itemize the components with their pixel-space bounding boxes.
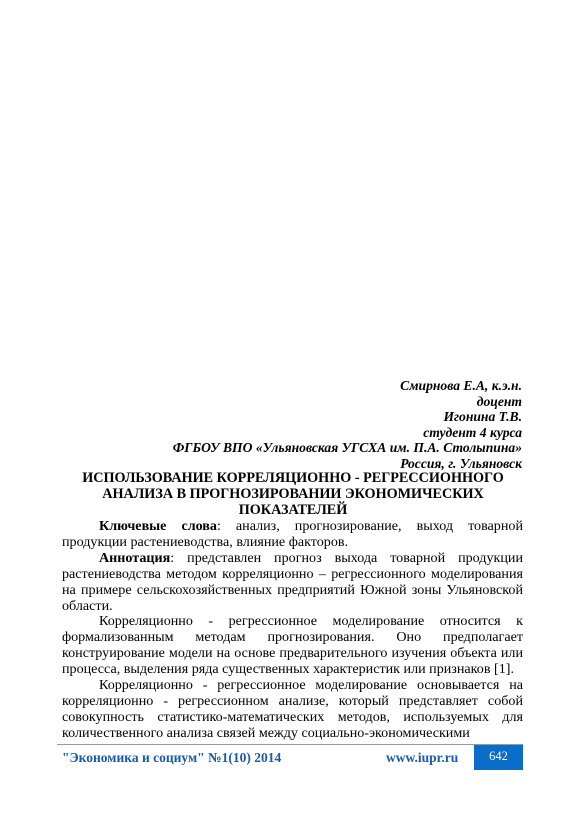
keywords-paragraph: Ключевые слова: анализ, прогнозирование,…	[62, 519, 523, 551]
article-body: Ключевые слова: анализ, прогнозирование,…	[62, 519, 523, 742]
footer-website-link[interactable]: www.iupr.ru	[386, 750, 458, 766]
author-position-1: доцент	[173, 394, 522, 410]
abstract-paragraph: Аннотация: представлен прогноз выхода то…	[62, 551, 523, 615]
author-position-2: студент 4 курса	[173, 425, 522, 441]
abstract-label: Аннотация	[99, 550, 170, 566]
title-line-2: АНАЛИЗА В ПРОГНОЗИРОВАНИИ ЭКОНОМИЧЕСКИХ	[62, 487, 524, 503]
body-paragraph-2: Корреляционно - регрессионное моделирова…	[62, 678, 523, 742]
author-block: Смирнова Е.А, к.э.н. доцент Игонина Т.В.…	[173, 378, 522, 472]
keywords-label: Ключевые слова	[99, 518, 217, 534]
title-line-1: ИСПОЛЬЗОВАНИЕ КОРРЕЛЯЦИОННО - РЕГРЕССИОН…	[62, 471, 524, 487]
author-name-2: Игонина Т.В.	[173, 409, 522, 425]
title-line-3: ПОКАЗАТЕЛЕЙ	[62, 503, 524, 519]
article-title: ИСПОЛЬЗОВАНИЕ КОРРЕЛЯЦИОННО - РЕГРЕССИОН…	[62, 471, 524, 518]
footer-journal-title: "Экономика и социум" №1(10) 2014	[62, 750, 281, 766]
body-paragraph-1: Корреляционно - регрессионное моделирова…	[62, 614, 523, 678]
author-name-1: Смирнова Е.А, к.э.н.	[173, 378, 522, 394]
affiliation: ФГБОУ ВПО «Ульяновская УГСХА им. П.А. Ст…	[173, 440, 522, 456]
footer-divider	[57, 744, 523, 745]
page-number-badge: 642	[474, 745, 523, 770]
